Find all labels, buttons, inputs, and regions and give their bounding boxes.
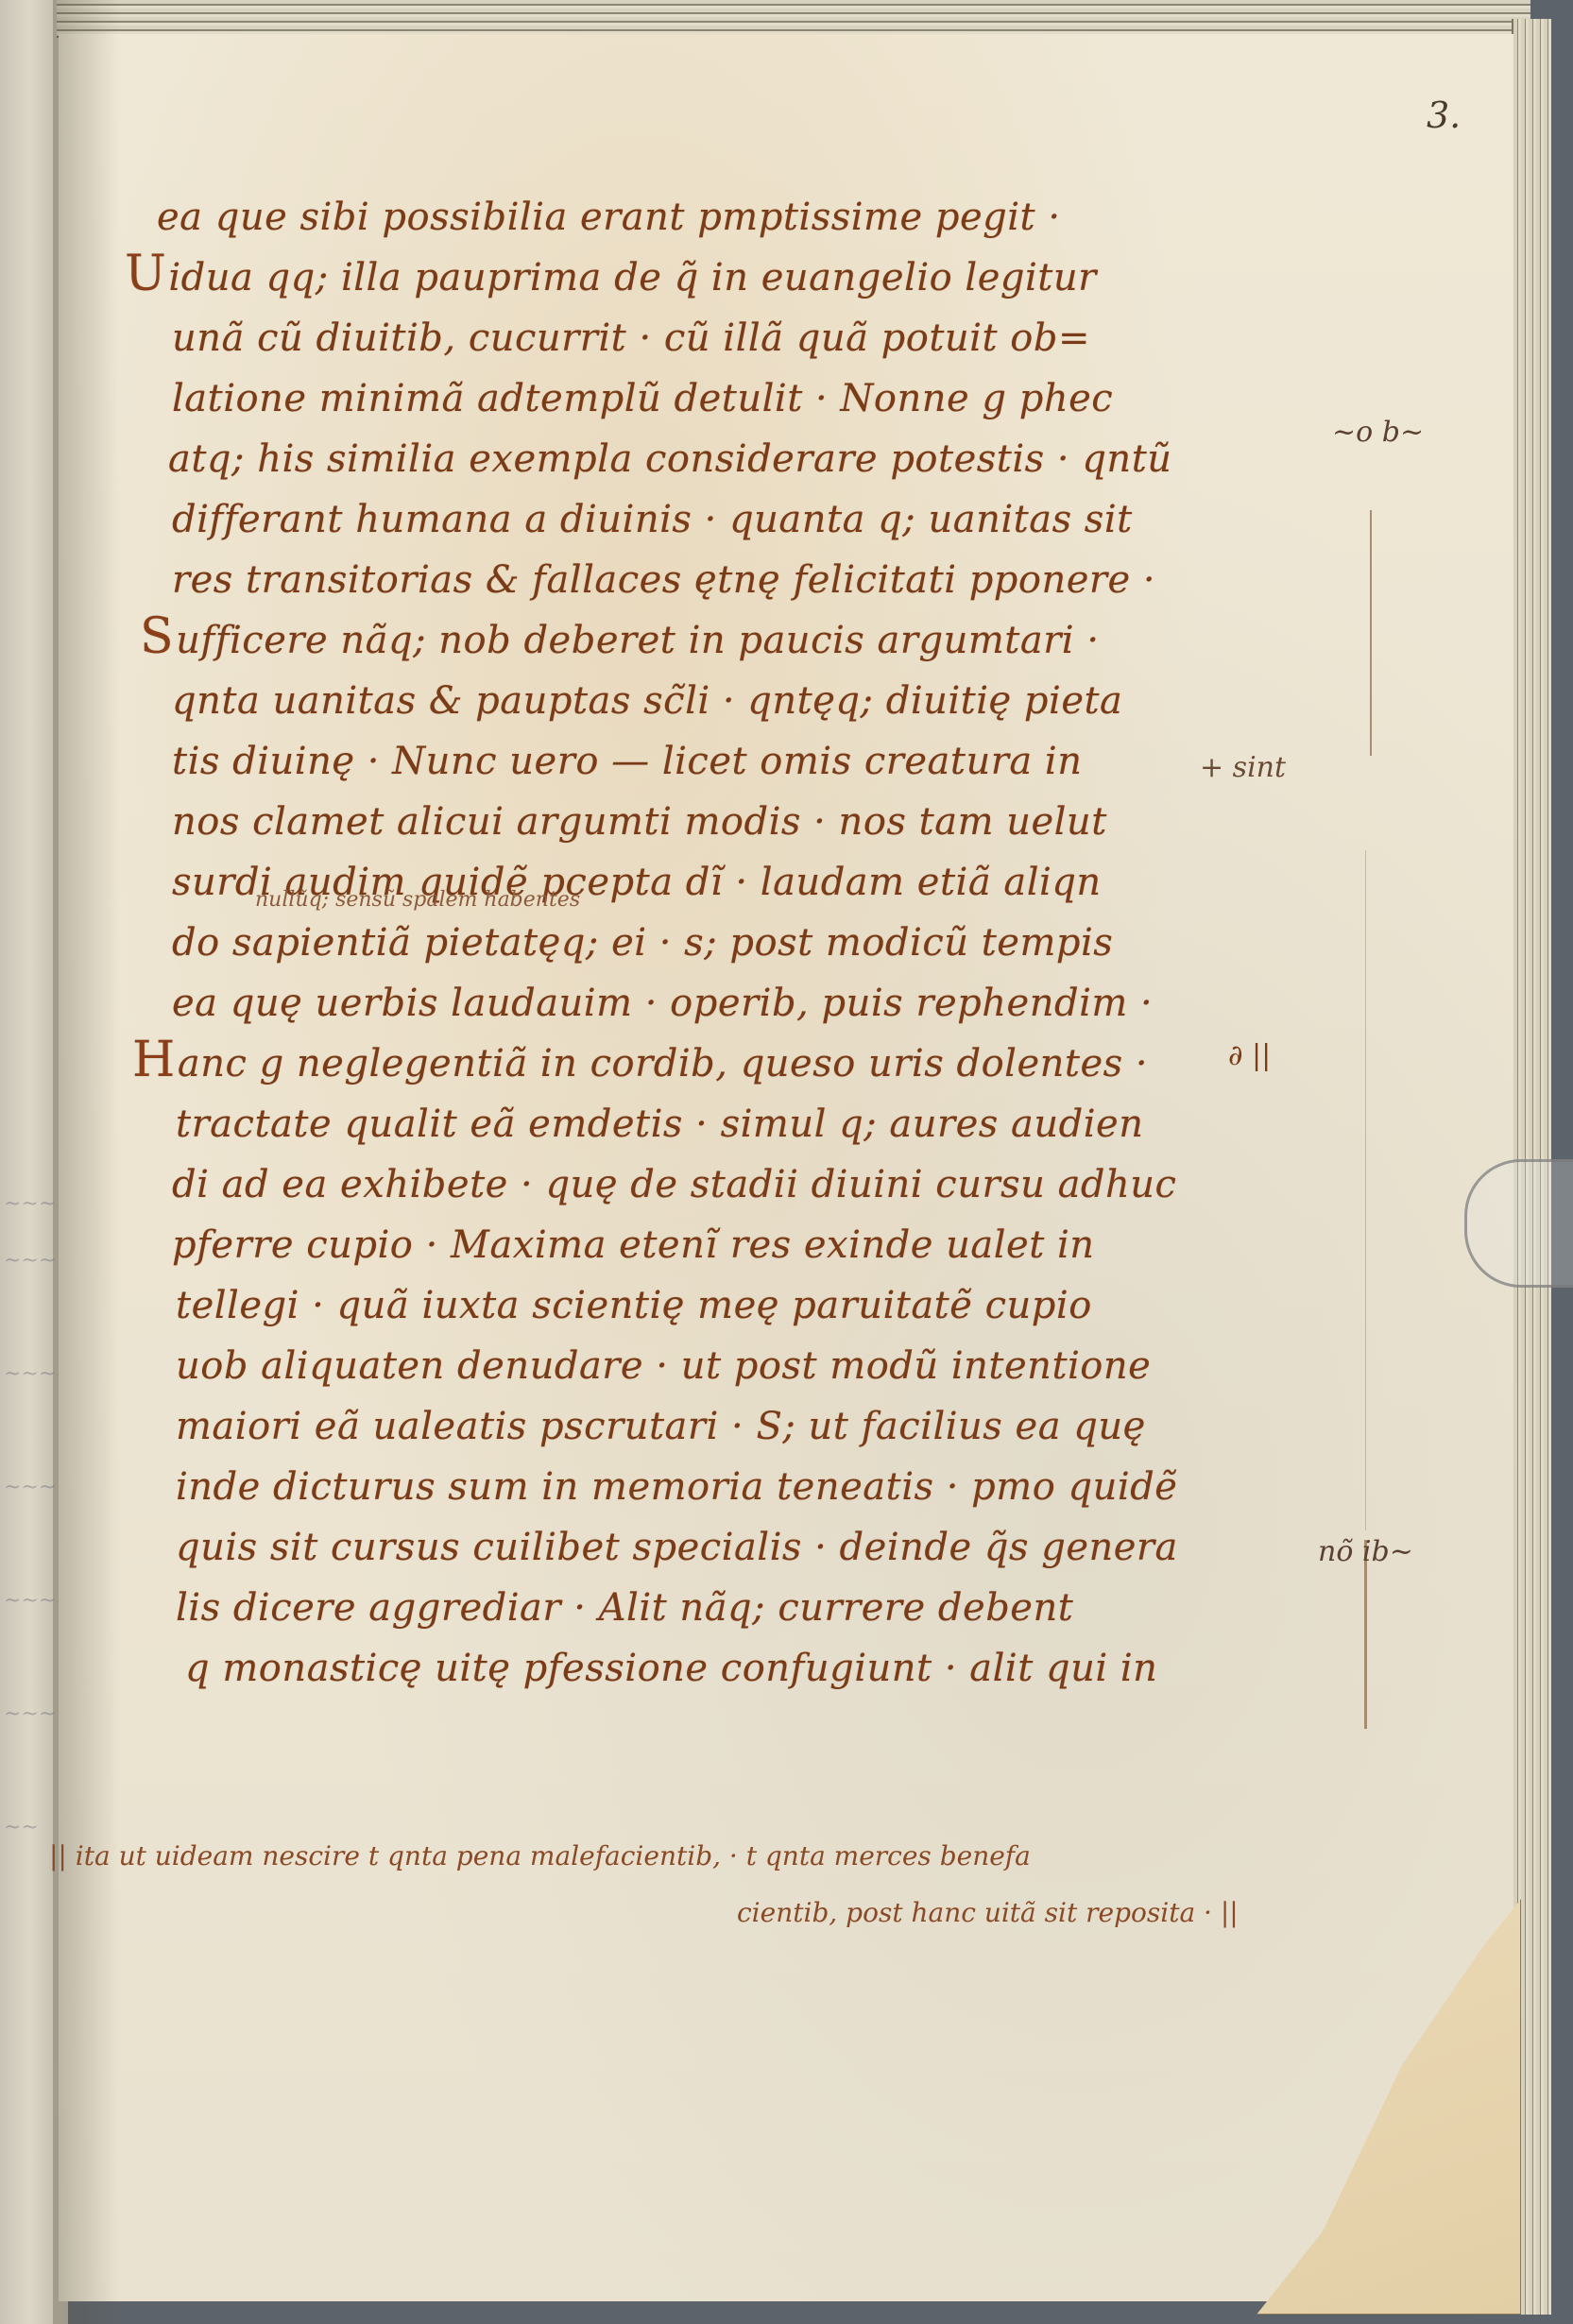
bleed-through-text: ~~ bbox=[4, 1814, 60, 1842]
folio-number: 3. bbox=[1427, 94, 1461, 136]
bleed-through-text: ~~~~ bbox=[4, 1360, 60, 1389]
text-line: Sufficere nãq; nob deberet in paucis arg… bbox=[140, 608, 1100, 665]
initial-letter: U bbox=[125, 246, 166, 302]
margin-note: nõ ib~ bbox=[1318, 1535, 1413, 1568]
gutter-shadow bbox=[53, 0, 119, 2324]
text-line: lis dicere aggrediar · Alit nãq; currere… bbox=[174, 1576, 1073, 1632]
text-line: pferre cupio · Maxima etenĩ res exinde u… bbox=[170, 1213, 1095, 1270]
text-line: tis diuinę · Nunc uero — licet omis crea… bbox=[170, 729, 1082, 786]
margin-bracket-line bbox=[1364, 1540, 1367, 1729]
text-line: do sapientiã pietatęq; ei · s; post modi… bbox=[170, 911, 1113, 967]
text-line: nos clamet alicui argumti modis · nos ta… bbox=[170, 790, 1107, 846]
page-edges-top bbox=[57, 0, 1530, 38]
interlinear-gloss: nullũq; sensũ spalem habentes bbox=[255, 888, 580, 912]
text-line: tellegi · quã iuxta scientię meę paruita… bbox=[174, 1273, 1092, 1330]
bleed-through-text: ~~~~ bbox=[4, 1587, 60, 1615]
text-line: Uidua qq; illa pauprima de q̃ in euangel… bbox=[125, 246, 1097, 302]
text-line: maiori eã ualeatis pscrutari · S; ut fac… bbox=[174, 1394, 1146, 1451]
text-line: uob aliquaten denudare · ut post modũ in… bbox=[174, 1334, 1151, 1391]
text-line: di ad ea exhibete · quę de stadii diuini… bbox=[170, 1153, 1176, 1209]
text-line: ea que sibi possibilia erant pmptissime … bbox=[155, 185, 1061, 242]
initial-letter: H bbox=[132, 1032, 176, 1088]
text-line: qnta uanitas & pauptas sc̃li · qntęq; di… bbox=[170, 669, 1122, 726]
margin-bracket-line bbox=[1370, 510, 1372, 756]
bottom-note-line-2: cientib, post hanc uitã sit reposita · |… bbox=[737, 1897, 1239, 1928]
margin-note: ∂ || bbox=[1228, 1039, 1271, 1072]
margin-note: + sint bbox=[1200, 751, 1286, 784]
bleed-through-text: ~~~~ bbox=[4, 1190, 60, 1219]
text-line: q monasticę uitę pfessione confugiunt · … bbox=[183, 1636, 1157, 1693]
text-line: unã cũ diuitib, cucurrit · cũ illã quã p… bbox=[170, 306, 1090, 363]
page-clip-holder bbox=[1464, 1159, 1573, 1288]
text-line: latione minimã adtemplũ detulit · Nonne … bbox=[170, 367, 1113, 423]
bleed-through-text: ~~~ bbox=[4, 1247, 60, 1275]
initial-letter: S bbox=[140, 608, 174, 665]
text-line: Hanc g neglegentiã in cordib, queso uris… bbox=[132, 1032, 1148, 1088]
text-line: res transitorias & fallaces ętnę felicit… bbox=[170, 548, 1155, 605]
text-line: inde dicturus sum in memoria teneatis · … bbox=[174, 1455, 1177, 1512]
manuscript-photograph: ~~~~ ~~~ ~~~~ ~~~ ~~~~ ~~~ ~~ 3. ea que … bbox=[0, 0, 1573, 2324]
text-line: tractate qualit eã emdetis · simul q; au… bbox=[174, 1092, 1143, 1149]
bleed-through-text: ~~~ bbox=[4, 1700, 60, 1729]
text-line: atq; his similia exempla considerare pot… bbox=[166, 427, 1172, 484]
text-line: differant humana a diuinis · quanta q; u… bbox=[170, 487, 1133, 544]
bleed-through-text: ~~~ bbox=[4, 1474, 60, 1502]
text-line: quis sit cursus cuilibet specialis · dei… bbox=[174, 1515, 1178, 1572]
ruling-line bbox=[1365, 850, 1366, 1530]
margin-note: ~o b~ bbox=[1332, 416, 1424, 449]
bottom-note-line-1: || ita ut uideam nescire t qnta pena mal… bbox=[49, 1840, 1031, 1871]
text-line: ea quę uerbis laudauim · operib, puis re… bbox=[170, 971, 1153, 1028]
